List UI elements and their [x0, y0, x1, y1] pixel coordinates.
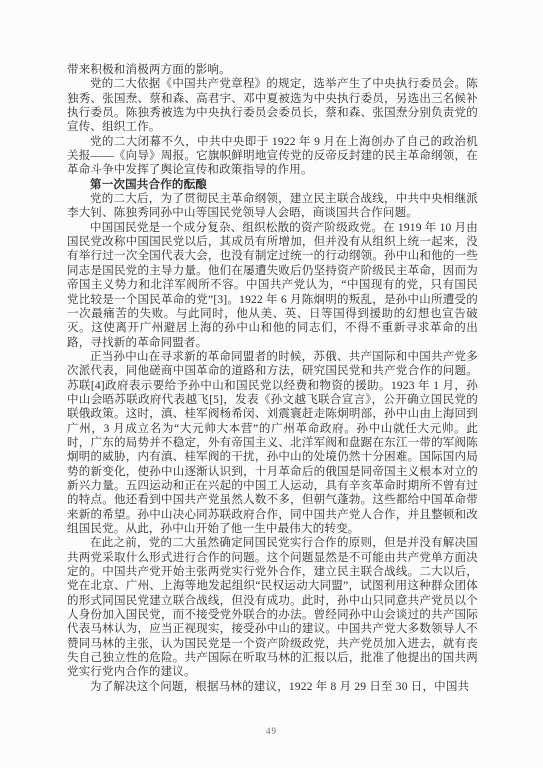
paragraph: 党的二大闭幕不久，中共中央即于 1922 年 9 月在上海创办了自己的政治机关报…	[67, 135, 478, 178]
document-page: 带来积极和消极两方面的影响。党的二大依据《中国共产党章程》的规定，选举产生了中央…	[0, 0, 543, 768]
paragraph: 带来积极和消极两方面的影响。	[67, 63, 478, 77]
paragraph: 为了解决这个问题，根据马林的建议，1922 年 8 月 29 日至 30 日，中…	[67, 680, 478, 694]
paragraph: 党的二大依据《中国共产党章程》的规定，选举产生了中央执行委员会。陈独秀、张国焘、…	[67, 77, 478, 134]
page-number: 49	[0, 726, 543, 736]
page-body: 带来积极和消极两方面的影响。党的二大依据《中国共产党章程》的规定，选举产生了中央…	[67, 63, 478, 694]
paragraph: 党的二大后，为了贯彻民主革命纲领，建立民主联合战线，中共中央相继派李大钊、陈独秀…	[67, 192, 478, 221]
section-heading: 第一次国共合作的酝酿	[67, 178, 478, 192]
paragraph: 在此之前，党的二大虽然确定同国民党实行合作的原则，但是并没有解决国共两党采取什么…	[67, 536, 478, 679]
paragraph: 中国国民党是一个成分复杂、组织松散的资产阶级政党。在 1919 年 10 月由国…	[67, 221, 478, 350]
paragraph: 正当孙中山在寻求新的革命同盟者的时候，苏俄、共产国际和中国共产党多次派代表，同他…	[67, 350, 478, 536]
